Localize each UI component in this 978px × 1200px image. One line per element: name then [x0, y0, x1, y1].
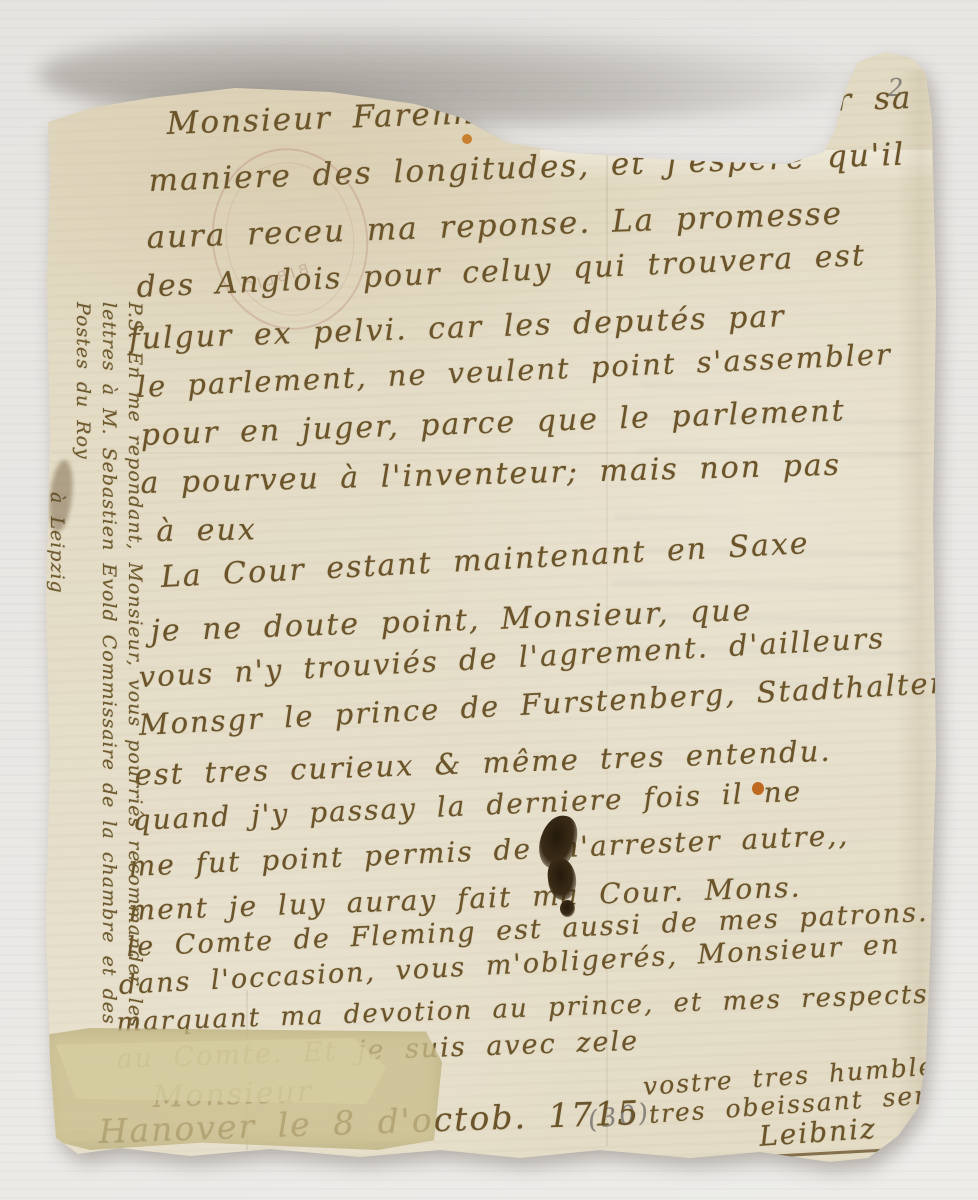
- letter-page: BIBLIO 2° Ms hist. Cl. B. 2 (30) Monsieu…: [0, 0, 978, 1200]
- tape-repair-inner: [56, 1038, 386, 1104]
- orange-stain-top: [462, 134, 472, 144]
- letter-line-9: à eux: [156, 512, 257, 549]
- letter-line-8: a pourveu à l'inventeur; mais non pas: [140, 448, 841, 501]
- letter-page-wrap: BIBLIO 2° Ms hist. Cl. B. 2 (30) Monsieu…: [0, 0, 978, 1200]
- ps-line-1: P.S. En me repondant, Monsieur, vous pou…: [122, 302, 148, 1028]
- pencil-shelfmark-upside-down: 2° Ms hist. Cl. B.: [200, 48, 415, 67]
- orange-stain-middle: [752, 782, 764, 795]
- ps-line-2: lettres à M. Sebastien Evold Commissaire…: [96, 302, 122, 1028]
- letter-line-2: maniere des longitudes, et j'espere qu'i…: [148, 137, 906, 199]
- signature: Leibniz: [758, 1112, 878, 1153]
- ps-line-3: Postes du Roy: [70, 302, 96, 1028]
- ink-blot-small: [560, 900, 575, 917]
- pale-stain-top: [512, 106, 536, 128]
- ps-line-4: à Leipzig: [44, 492, 70, 1028]
- margin-postscript: P.S. En me repondant, Monsieur, vous pou…: [44, 302, 148, 1028]
- scan-background: BIBLIO 2° Ms hist. Cl. B. 2 (30) Monsieu…: [0, 0, 978, 1200]
- letter-line-1: Monsieur Farenheit m'avoit écrit sur sa: [166, 80, 913, 142]
